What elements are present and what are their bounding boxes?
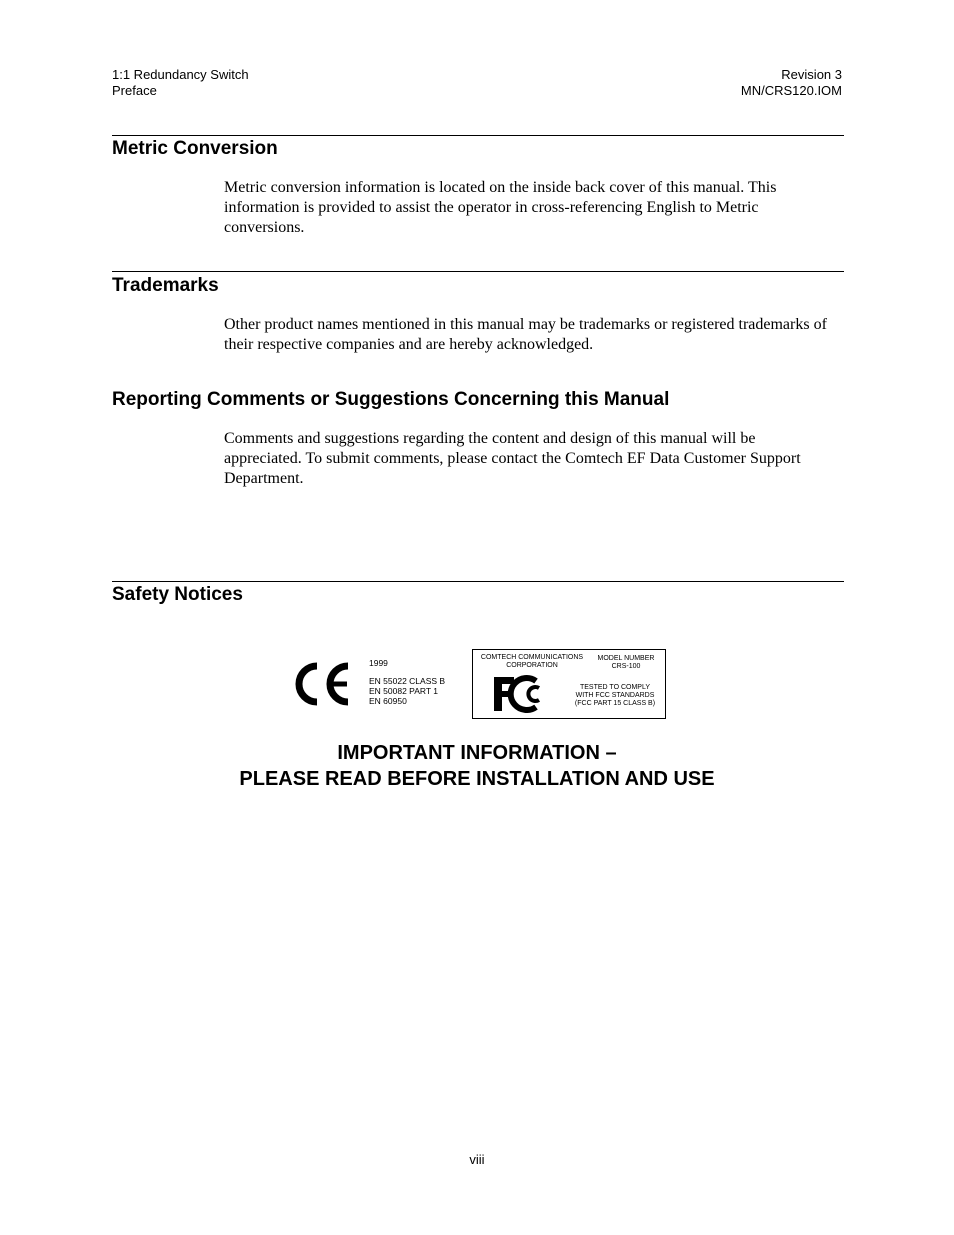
document-number: MN/CRS120.IOM	[741, 83, 842, 99]
ce-standard: EN 60950	[369, 696, 445, 706]
fcc-logo-icon	[492, 673, 546, 713]
important-notice-line1: IMPORTANT INFORMATION –	[0, 740, 954, 766]
section-body-reporting-comments: Comments and suggestions regarding the c…	[224, 429, 829, 489]
section-heading-safety-notices: Safety Notices	[112, 584, 243, 606]
page-number: viii	[0, 1152, 954, 1167]
section-divider	[112, 581, 844, 582]
section-heading-reporting-comments: Reporting Comments or Suggestions Concer…	[112, 389, 669, 411]
document-title: 1:1 Redundancy Switch	[112, 67, 249, 83]
ce-year: 1999	[369, 658, 445, 668]
fcc-compliance-label: COMTECH COMMUNICATIONS CORPORATION MODEL…	[472, 649, 666, 719]
fcc-model-number: MODEL NUMBER CRS-100	[589, 655, 663, 671]
section-divider	[112, 271, 844, 272]
important-notice-line2: PLEASE READ BEFORE INSTALLATION AND USE	[0, 766, 954, 792]
fcc-company-name: COMTECH COMMUNICATIONS CORPORATION	[477, 654, 587, 670]
ce-standard: EN 55022 CLASS B	[369, 676, 445, 686]
running-header-right: Revision 3 MN/CRS120.IOM	[741, 67, 842, 99]
chapter-name: Preface	[112, 83, 249, 99]
section-divider	[112, 135, 844, 136]
revision: Revision 3	[741, 67, 842, 83]
ce-standard: EN 50082 PART 1	[369, 686, 445, 696]
ce-compliance-label: 1999 EN 55022 CLASS B EN 50082 PART 1 EN…	[293, 656, 463, 716]
section-body-trademarks: Other product names mentioned in this ma…	[224, 315, 829, 355]
section-heading-trademarks: Trademarks	[112, 275, 219, 297]
section-body-metric-conversion: Metric conversion information is located…	[224, 178, 829, 238]
fcc-compliance-statement: TESTED TO COMPLY WITH FCC STANDARDS (FCC…	[569, 684, 661, 708]
section-heading-metric-conversion: Metric Conversion	[112, 138, 278, 160]
ce-mark-icon	[293, 660, 353, 708]
running-header-left: 1:1 Redundancy Switch Preface	[112, 67, 249, 99]
ce-standards-text: 1999 EN 55022 CLASS B EN 50082 PART 1 EN…	[369, 658, 445, 706]
important-notice: IMPORTANT INFORMATION – PLEASE READ BEFO…	[0, 740, 954, 792]
